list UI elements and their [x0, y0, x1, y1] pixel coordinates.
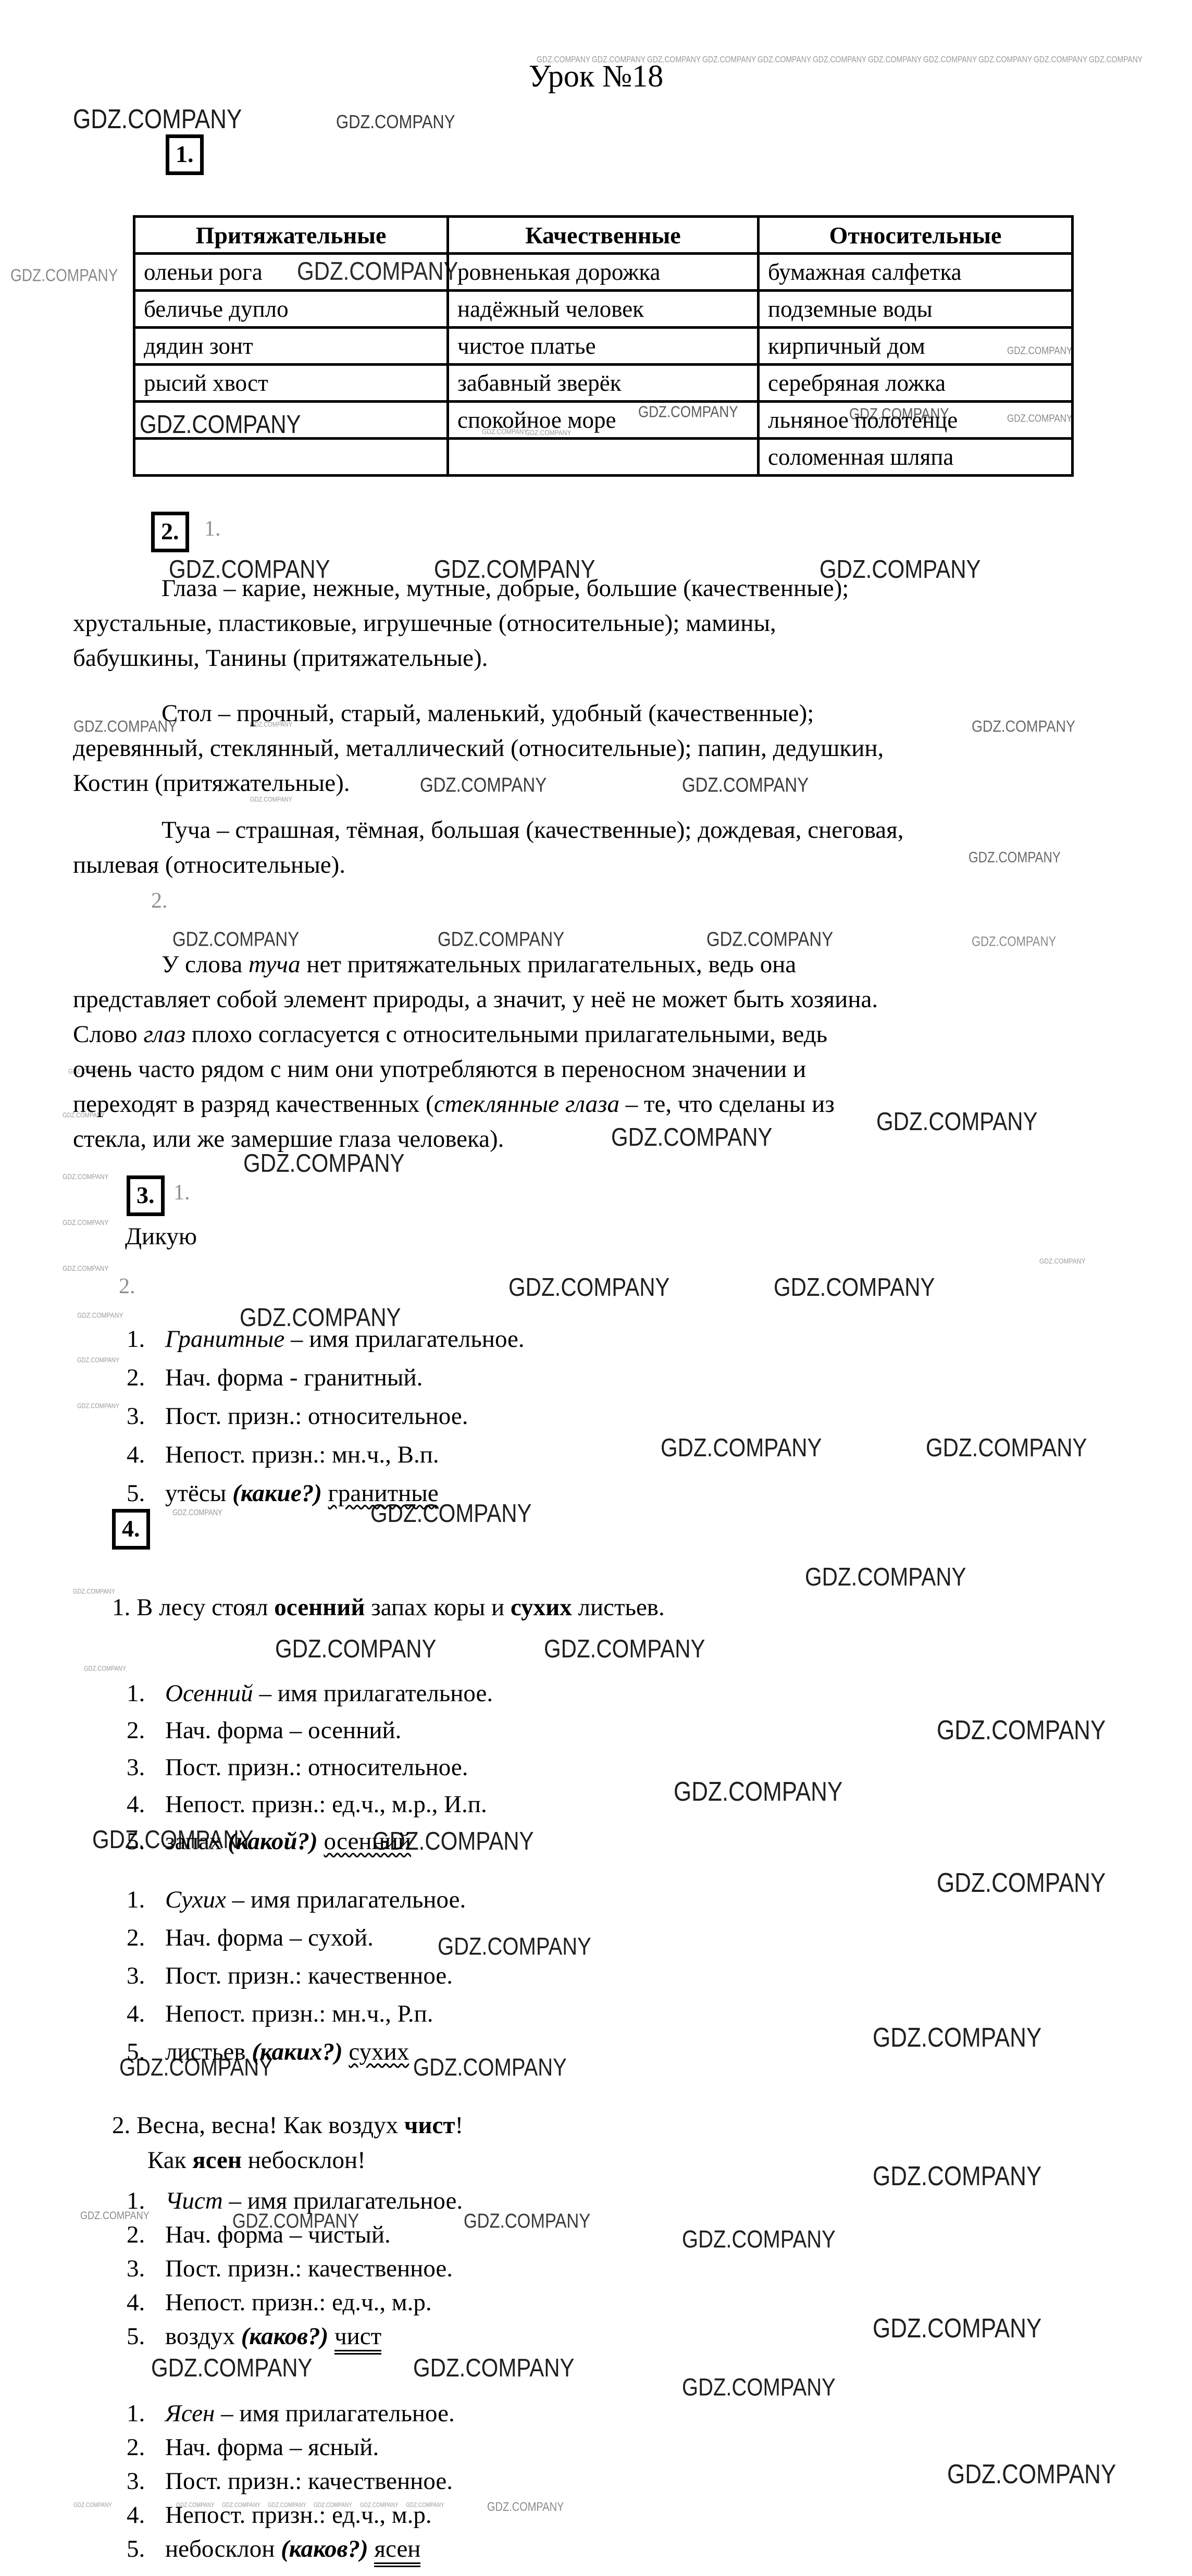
text-line: Костин (притяжательные). — [73, 766, 1084, 801]
list-item: 5.воздух (каков?) чист — [127, 2322, 463, 2351]
text-line: 2. Весна, весна! Как воздух чист! — [112, 2108, 463, 2143]
table-row: оленьи рога ровненькая дорожка бумажная … — [134, 254, 1073, 291]
paragraph-eyes: Глаза – карие, нежные, мутные, добрые, б… — [73, 571, 1084, 676]
text-line: стекла, или же замершие глаза человека). — [73, 1122, 1084, 1157]
watermark: GDZ.COMPANY — [336, 111, 455, 133]
watermark: GDZ.COMPANY — [10, 266, 118, 286]
exercise-4-number: 4. — [112, 1509, 150, 1550]
text-line: очень часто рядом с ним они употребляютс… — [73, 1052, 1084, 1087]
watermark: GDZ.COMPANY — [674, 1777, 842, 1807]
watermark: GDZ.COMPANY — [947, 2459, 1116, 2490]
list-item: 4.Непост. призн.: мн.ч., Р.п. — [127, 1999, 466, 2028]
morphology-chist: 1.Чист – имя прилагательное. 2.Нач. форм… — [127, 2186, 463, 2356]
bold-word: сухих — [511, 1594, 572, 1621]
document-page: GDZ.COMPANYGDZ.COMPANYGDZ.COMPANYGDZ.COM… — [0, 0, 1192, 2576]
italic-word: туча — [249, 951, 301, 978]
bold-word: осенний — [274, 1594, 365, 1621]
list-item: 4.Непост. призн.: ед.ч., м.р. — [127, 2288, 463, 2317]
watermark: GDZ.COMPANY — [508, 1272, 670, 1302]
morphology-granitnye: 1.Гранитные – имя прилагательное. 2.Нач.… — [127, 1324, 525, 1517]
list-item: 5.листьев (каких?) сухих — [127, 2037, 466, 2066]
italic-phrase: стеклянные глаза — [434, 1091, 619, 1118]
list-item: 3.Пост. призн.: качественное. — [127, 2254, 463, 2283]
list-item: 5.небосклон (каков?) ясен — [127, 2534, 455, 2563]
watermark: GDZ.COMPANY — [63, 1264, 108, 1273]
watermark: GDZ.COMPANY — [661, 1433, 822, 1463]
watermark: GDZ.COMPANY — [926, 1433, 1087, 1463]
table-cell: беличье дупло — [134, 291, 448, 328]
watermark: GDZ.COMPANY — [1039, 1257, 1085, 1266]
list-item: 1.Чист – имя прилагательное. — [127, 2186, 463, 2215]
question-word: (каких?) — [252, 2038, 349, 2065]
table-row: беличье дупло надёжный человек подземные… — [134, 291, 1073, 328]
text-line: Туча – страшная, тёмная, большая (качест… — [73, 813, 1084, 848]
table-cell: чистое платье — [448, 328, 759, 365]
list-item: 3.Пост. призн.: относительное. — [127, 1402, 525, 1431]
watermark: GDZ.COMPANY — [774, 1272, 935, 1302]
exercise-1-number: 1. — [166, 134, 204, 175]
italic-word: глаз — [143, 1021, 185, 1048]
watermark: GDZ.COMPANY — [873, 2023, 1041, 2053]
answer-dikuyu: Дикую — [125, 1223, 197, 1250]
watermark: GDZ.COMPANY — [77, 1357, 119, 1364]
watermark: GDZ.COMPANY — [873, 2313, 1041, 2344]
table-header-possessive: Притяжательные — [134, 217, 448, 254]
subtask-label: 2. — [119, 1275, 135, 1297]
paragraph-cloud: Туча – страшная, тёмная, большая (качест… — [73, 813, 1084, 883]
morphology-yasen: 1.Ясен – имя прилагательное. 2.Нач. форм… — [127, 2399, 455, 2568]
watermark: GDZ.COMPANY — [873, 2161, 1041, 2192]
underlined-word: осенний — [324, 1828, 411, 1855]
table-cell: оленьи рога — [134, 254, 448, 291]
table-header-qualitative: Качественные — [448, 217, 759, 254]
list-item: 2.Нач. форма – чистый. — [127, 2220, 463, 2249]
text-line: хрустальные, пластиковые, игрушечные (от… — [73, 606, 1084, 641]
table-cell — [134, 439, 448, 476]
table-cell: дядин зонт — [134, 328, 448, 365]
page-title: Урок №18 — [0, 58, 1192, 94]
list-item: 3.Пост. призн.: качественное. — [127, 1961, 466, 1990]
table-row: рысий хвост забавный зверёк серебряная л… — [134, 365, 1073, 402]
paragraph-table-word: Стол – прочный, старый, маленький, удобн… — [73, 696, 1084, 801]
list-item: 1.Сухих – имя прилагательное. — [127, 1885, 466, 1914]
text-line: пылевая (относительные). — [73, 848, 1084, 883]
exercise-2-number: 2. — [151, 512, 189, 552]
watermark: GDZ.COMPANY — [77, 1403, 119, 1410]
text-line: Как ясен небосклон! — [112, 2143, 463, 2178]
underlined-word: сухих — [349, 2038, 409, 2065]
table-cell: бумажная салфетка — [759, 254, 1073, 291]
table-row: спокойное море льняное полотенце — [134, 402, 1073, 439]
table-cell: подземные воды — [759, 291, 1073, 328]
list-item: 4.Непост. призн.: мн.ч., В.п. — [127, 1440, 525, 1469]
list-item: 2.Нач. форма - гранитный. — [127, 1363, 525, 1392]
watermark: GDZ.COMPANY — [73, 2502, 112, 2509]
table-cell: соломенная шляпа — [759, 439, 1073, 476]
sentence-vesna: 2. Весна, весна! Как воздух чист! Как яс… — [112, 2108, 463, 2178]
table-cell: спокойное море — [448, 402, 759, 439]
table-cell: ровненькая дорожка — [448, 254, 759, 291]
text-line: Глаза – карие, нежные, мутные, добрые, б… — [73, 571, 1084, 606]
question-word: (какие?) — [232, 1480, 328, 1507]
exercise-3-number: 3. — [127, 1175, 165, 1216]
list-item: 4.Непост. призн.: ед.ч., м.р. — [127, 2500, 455, 2530]
analyzed-word: Сухих — [165, 1886, 226, 1913]
watermark: GDZ.COMPANY — [63, 1218, 108, 1227]
watermark: GDZ.COMPANY — [73, 104, 242, 135]
text-line: У слова туча нет притяжательных прилагат… — [73, 947, 1084, 982]
morphology-osenniy: 1.Осенний – имя прилагательное. 2.Нач. ф… — [127, 1679, 493, 1864]
watermark: GDZ.COMPANY — [487, 2500, 564, 2515]
underlined-word: гранитные — [328, 1480, 439, 1507]
text-line: Слово глаз плохо согласуется с относител… — [73, 1017, 1084, 1052]
list-item: 3.Пост. призн.: качественное. — [127, 2467, 455, 2496]
subtask-label: 1. — [204, 518, 221, 540]
watermark: GDZ.COMPANY — [544, 1634, 705, 1664]
table-header-relative: Относительные — [759, 217, 1073, 254]
table-row: соломенная шляпа — [134, 439, 1073, 476]
table-cell: рысий хвост — [134, 365, 448, 402]
table-cell — [134, 402, 448, 439]
question-word: (каков?) — [281, 2535, 374, 2562]
list-item: 5.утёсы (какие?) гранитные — [127, 1479, 525, 1508]
table-cell: кирпичный дом — [759, 328, 1073, 365]
list-item: 2.Нач. форма – сухой. — [127, 1923, 466, 1952]
analyzed-word: Ясен — [165, 2400, 215, 2427]
table-cell: льняное полотенце — [759, 402, 1073, 439]
list-item: 2.Нач. форма – ясный. — [127, 2433, 455, 2462]
table-cell — [448, 439, 759, 476]
list-item: 3.Пост. призн.: относительное. — [127, 1753, 493, 1782]
paragraph-explanation: У слова туча нет притяжательных прилагат… — [73, 947, 1084, 1157]
table-cell: забавный зверёк — [448, 365, 759, 402]
bold-word: ясен — [192, 2147, 242, 2174]
text-line: Стол – прочный, старый, маленький, удобн… — [73, 696, 1084, 731]
list-item: 2.Нач. форма – осенний. — [127, 1716, 493, 1745]
table-cell: серебряная ложка — [759, 365, 1073, 402]
watermark: GDZ.COMPANY — [805, 1562, 966, 1592]
watermark: GDZ.COMPANY — [682, 2226, 836, 2253]
list-item: 5.запах (какой?) осенний — [127, 1827, 493, 1856]
subtask-label: 1. — [173, 1182, 190, 1204]
text-line: представляет собой элемент природы, а зн… — [73, 982, 1084, 1017]
list-item: 1.Ясен – имя прилагательное. — [127, 2399, 455, 2428]
subtask-label: 2. — [151, 890, 168, 912]
analyzed-word: Гранитные — [165, 1326, 284, 1353]
adjectives-table: Притяжательные Качественные Относительны… — [133, 215, 1074, 477]
watermark: GDZ.COMPANY — [77, 1311, 123, 1320]
list-item: 1.Осенний – имя прилагательное. — [127, 1679, 493, 1708]
watermark: GDZ.COMPANY — [151, 2353, 313, 2383]
watermark: GDZ.COMPANY — [84, 1665, 126, 1673]
watermark: GDZ.COMPANY — [937, 1715, 1106, 1746]
question-word: (какой?) — [228, 1828, 324, 1855]
watermark: GDZ.COMPANY — [682, 2374, 836, 2401]
text-line: бабушкины, Танины (притяжательные). — [73, 641, 1084, 676]
watermark: GDZ.COMPANY — [413, 2353, 575, 2383]
list-item: 1.Гранитные – имя прилагательное. — [127, 1324, 525, 1354]
text-line: деревянный, стеклянный, металлический (о… — [73, 731, 1084, 766]
table-row: дядин зонт чистое платье кирпичный дом — [134, 328, 1073, 365]
watermark: GDZ.COMPANY — [63, 1172, 108, 1181]
watermark: GDZ.COMPANY — [464, 2209, 590, 2233]
text-line: переходят в разряд качественных (стеклян… — [73, 1087, 1084, 1122]
table-header-row: Притяжательные Качественные Относительны… — [134, 217, 1073, 254]
list-item: 4.Непост. призн.: ед.ч., м.р., И.п. — [127, 1790, 493, 1819]
analyzed-word: Осенний — [165, 1680, 253, 1707]
table-cell: надёжный человек — [448, 291, 759, 328]
double-underlined-word: ясен — [374, 2535, 420, 2567]
morphology-sukhikh: 1.Сухих – имя прилагательное. 2.Нач. фор… — [127, 1885, 466, 2075]
sentence-forest: 1. В лесу стоял осенний запах коры и сух… — [112, 1590, 665, 1625]
watermark: GDZ.COMPANY — [275, 1634, 437, 1664]
watermark: GDZ.COMPANY — [73, 1588, 115, 1595]
bold-word: чист — [404, 2112, 455, 2139]
watermark: GDZ.COMPANY — [937, 1868, 1106, 1899]
double-underlined-word: чист — [334, 2323, 381, 2355]
question-word: (каков?) — [241, 2323, 334, 2350]
analyzed-word: Чист — [165, 2187, 223, 2214]
